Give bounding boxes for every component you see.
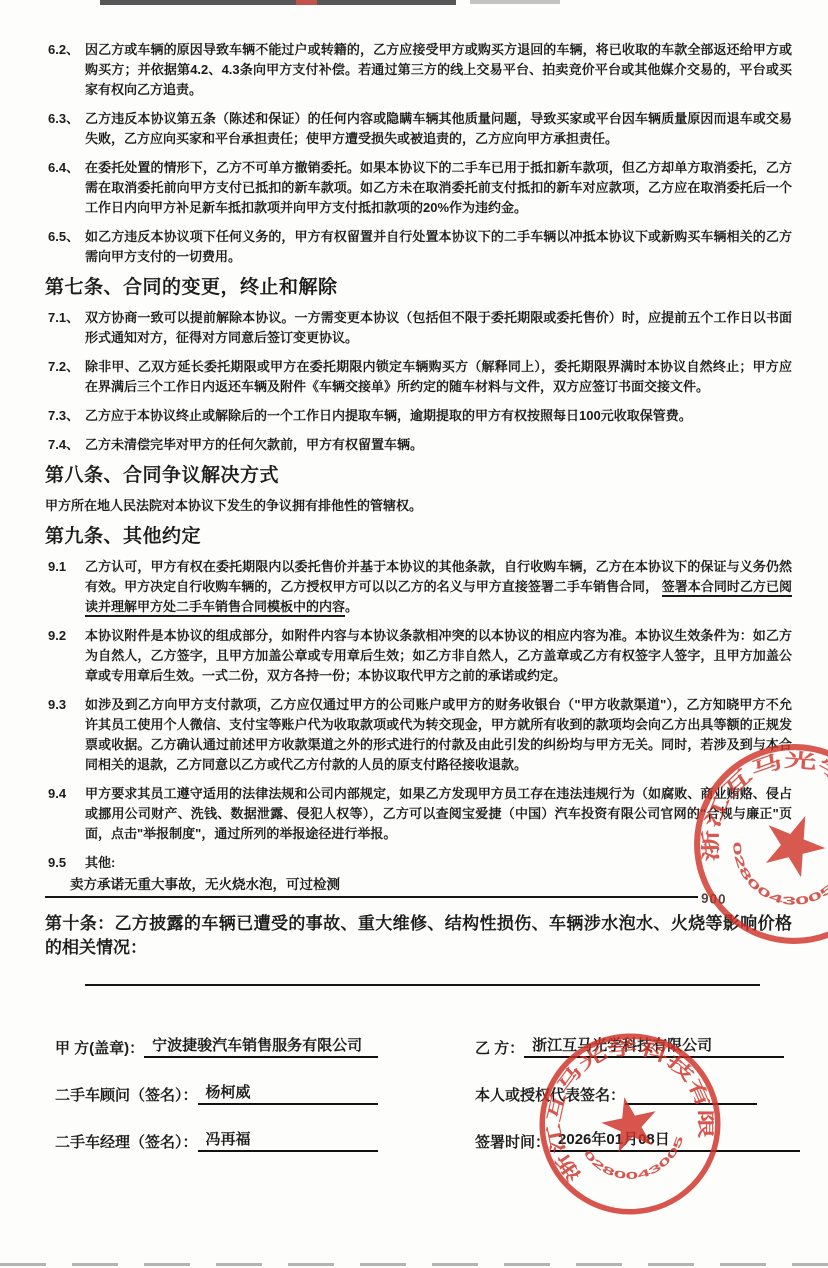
clause-9-5: 9.5 其他: [48,853,792,873]
advisor-row: 二手车顾问（签名）： 杨柯威 [55,1083,475,1105]
clause-9-2: 9.2 本协议附件是本协议的组成部分，如附件内容与本协议条款相冲突的以本协议的相… [48,626,792,686]
party-b-company-name: 浙江互马光学科技有限公司 [524,1034,784,1058]
clause-number: 9.4 [48,784,85,844]
section-10-heading: 第十条：乙方披露的车辆已遭受的事故、重大维修、结构性损伤、车辆涉水泡水、火烧等影… [45,912,792,960]
party-b-row: 乙 方： 浙江互马光学科技有限公司 [475,1036,800,1058]
clause-number: 7.3、 [48,406,85,426]
clause-9-5-handwritten-note: 卖方承诺无重大事故，无火烧水泡，可过检测 [48,875,792,895]
representative-label: 本人或授权代表签名： [475,1084,625,1105]
party-a-signature-column: 甲 方(盖章)： 宁波捷骏汽车销售服务有限公司 二手车顾问（签名）： 杨柯威 二… [48,1036,475,1177]
scan-artifact-top [100,0,456,5]
representative-row: 本人或授权代表签名： [475,1083,800,1105]
clause-7-1: 7.1、 双方协商一致可以提前解除本协议。一方需变更本协议（包括但不限于委托期限… [48,308,792,348]
party-b-signature-column: 乙 方： 浙江互马光学科技有限公司 本人或授权代表签名： 签署时间： 2026年… [475,1036,800,1177]
clause-number: 9.2 [48,626,85,686]
clause-7-4: 7.4、 乙方未清偿完毕对甲方的任何欠款前，甲方有权留置车辆。 [48,435,792,455]
clause-text: 甲方要求其员工遵守适用的法律法规和公司内部规定，如果乙方发现甲方员工存在违法违规… [85,784,792,844]
clause-text: 乙方应于本协议终止或解除后的一个工作日内提取车辆，逾期提取的甲方有权按照每日10… [85,406,792,426]
clause-number: 6.5、 [48,227,85,267]
sign-date-value: 2026年01月08日 [550,1128,800,1152]
sign-date-label: 签署时间： [475,1131,550,1152]
clause-7-2: 7.2、 除非甲、乙双方延长委托期限或甲方在委托期限内锁定车辆购买方（解释同上）… [48,357,792,397]
manager-signature: 冯再福 [198,1128,378,1152]
scan-artifact-bottom [0,1263,828,1266]
clause-text: 如乙方违反本协议项下任何义务的，甲方有权留置并自行处置本协议下的二手车辆以冲抵本… [85,227,792,267]
clause-number: 9.3 [48,695,85,775]
fill-in-rule-9-5 [45,896,698,898]
clause-text: 如涉及到乙方向甲方支付款项，乙方应仅通过甲方的公司账户或甲方的财务收银台（"甲方… [85,695,792,775]
party-a-label: 甲 方(盖章)： [55,1037,144,1058]
manager-row: 二手车经理（签名）： 冯再福 [55,1130,475,1152]
clause-text: 在委托处置的情形下，乙方不可单方撤销委托。如果本协议下的二手车已用于抵扣新车款项… [85,158,792,218]
scan-artifact-top-2 [470,0,560,4]
clause-text: 乙方认可，甲方有权在委托期限内以委托售价并基于本协议的其他条款，自行收购车辆，乙… [85,557,792,617]
signature-block: 甲 方(盖章)： 宁波捷骏汽车销售服务有限公司 二手车顾问（签名）： 杨柯威 二… [48,1036,792,1177]
clause-text: 乙方未清偿完毕对甲方的任何欠款前，甲方有权留置车辆。 [85,435,792,455]
section-9-heading: 第九条、其他约定 [45,525,792,549]
clause-number: 7.2、 [48,357,85,397]
clause-9-1: 9.1 乙方认可，甲方有权在委托期限内以委托售价并基于本协议的其他条款，自行收购… [48,557,792,617]
clause-6-3: 6.3、 乙方违反本协议第五条（陈述和保证）的任何内容或隐瞒车辆其他质量问题，导… [48,109,792,149]
representative-signature [625,1102,757,1105]
clause-number: 6.4、 [48,158,85,218]
clause-6-2: 6.2、 因乙方或车辆的原因导致车辆不能过户或转籍的，乙方应接受甲方或购买方退回… [48,40,792,100]
section-7-heading: 第七条、合同的变更，终止和解除 [45,276,792,300]
clause-number: 7.4、 [48,435,85,455]
advisor-label: 二手车顾问（签名）： [55,1084,198,1105]
clause-text: 本协议附件是本协议的组成部分，如附件内容与本协议条款相冲突的以本协议的相应内容为… [85,626,792,686]
contract-body: 6.2、 因乙方或车辆的原因导致车辆不能过户或转籍的，乙方应接受甲方或购买方退回… [48,40,792,1177]
clause-number: 9.1 [48,557,85,617]
party-b-label: 乙 方： [475,1037,524,1058]
clause-label: 其他: [85,853,792,873]
section-8-body: 甲方所在地人民法院对本协议下发生的争议拥有排他性的管辖权。 [45,496,792,516]
manager-label: 二手车经理（签名）： [55,1131,198,1152]
clause-number: 6.2、 [48,40,85,100]
clause-9-4: 9.4 甲方要求其员工遵守适用的法律法规和公司内部规定，如果乙方发现甲方员工存在… [48,784,792,844]
clause-text: 因乙方或车辆的原因导致车辆不能过户或转籍的，乙方应接受甲方或购买方退回的车辆，将… [85,40,792,100]
page-marker: 006 [700,890,726,906]
contract-page: 6.2、 因乙方或车辆的原因导致车辆不能过户或转籍的，乙方应接受甲方或购买方退回… [0,0,828,1268]
clause-number: 9.5 [48,853,85,873]
clause-text: 除非甲、乙双方延长委托期限或甲方在委托期限内锁定车辆购买方（解释同上），委托期限… [85,357,792,397]
party-a-row: 甲 方(盖章)： 宁波捷骏汽车销售服务有限公司 [55,1036,475,1058]
clause-text-suffix: 。 [345,599,358,614]
clause-number: 6.3、 [48,109,85,149]
party-a-company-name: 宁波捷骏汽车销售服务有限公司 [144,1034,378,1058]
clause-6-5: 6.5、 如乙方违反本协议项下任何义务的，甲方有权留置并自行处置本协议下的二手车… [48,227,792,267]
clause-7-3: 7.3、 乙方应于本协议终止或解除后的一个工作日内提取车辆，逾期提取的甲方有权按… [48,406,792,426]
clause-text: 乙方违反本协议第五条（陈述和保证）的任何内容或隐瞒车辆其他质量问题，导致买家或平… [85,109,792,149]
section-8-heading: 第八条、合同争议解决方式 [45,464,792,488]
clause-number: 7.1、 [48,308,85,348]
advisor-signature: 杨柯威 [198,1081,378,1105]
clause-text: 双方协商一致可以提前解除本协议。一方需变更本协议（包括但不限于委托期限或委托售价… [85,308,792,348]
clause-9-3: 9.3 如涉及到乙方向甲方支付款项，乙方应仅通过甲方的公司账户或甲方的财务收银台… [48,695,792,775]
sign-date-row: 签署时间： 2026年01月08日 [475,1130,800,1152]
clause-6-4: 6.4、 在委托处置的情形下，乙方不可单方撤销委托。如果本协议下的二手车已用于抵… [48,158,792,218]
fill-in-rule-10 [85,984,760,986]
